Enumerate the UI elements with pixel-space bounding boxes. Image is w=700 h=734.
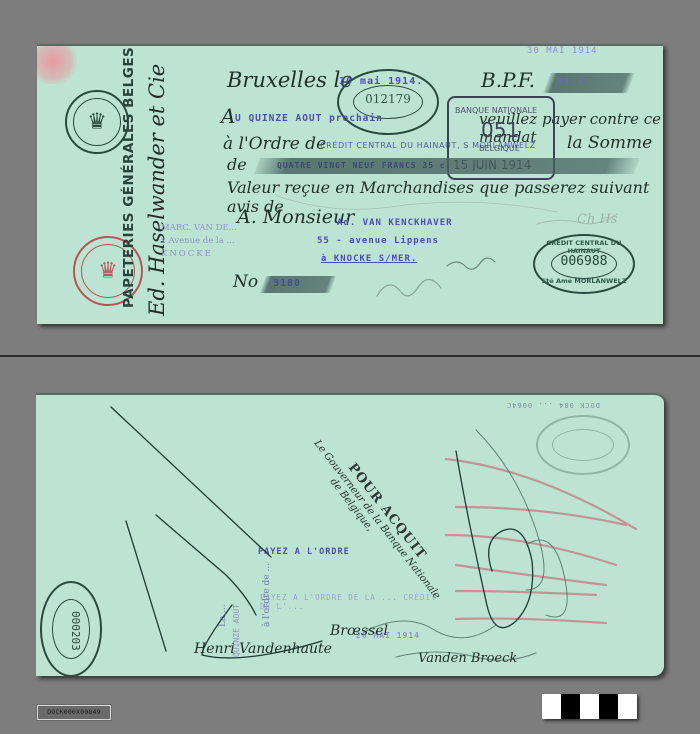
signature: Brœssel bbox=[330, 623, 388, 639]
scale-patch-white bbox=[580, 694, 599, 719]
signature: Henri Vandenhaute bbox=[194, 641, 332, 657]
scale-patch-black bbox=[599, 694, 618, 719]
color-calibration-scale bbox=[542, 694, 637, 719]
pencil-note: Ch Hs bbox=[577, 212, 617, 227]
scale-patch-white bbox=[618, 694, 637, 719]
archive-reference-label: DOCK000X00849 bbox=[37, 705, 111, 720]
signature: Vanden Broeck bbox=[418, 651, 517, 666]
pencil-annotations bbox=[37, 46, 663, 324]
scale-patch-black bbox=[561, 694, 580, 719]
scan-divider bbox=[0, 355, 700, 357]
bill-back: DOCK 004 ... 0064C à l'ordre de ... La .… bbox=[36, 393, 664, 676]
bill-front: ♛ ♛ PAPETERIES GÉNÉRALES BELGES Ed. Hase… bbox=[37, 44, 663, 324]
scale-patch-white bbox=[542, 694, 561, 719]
